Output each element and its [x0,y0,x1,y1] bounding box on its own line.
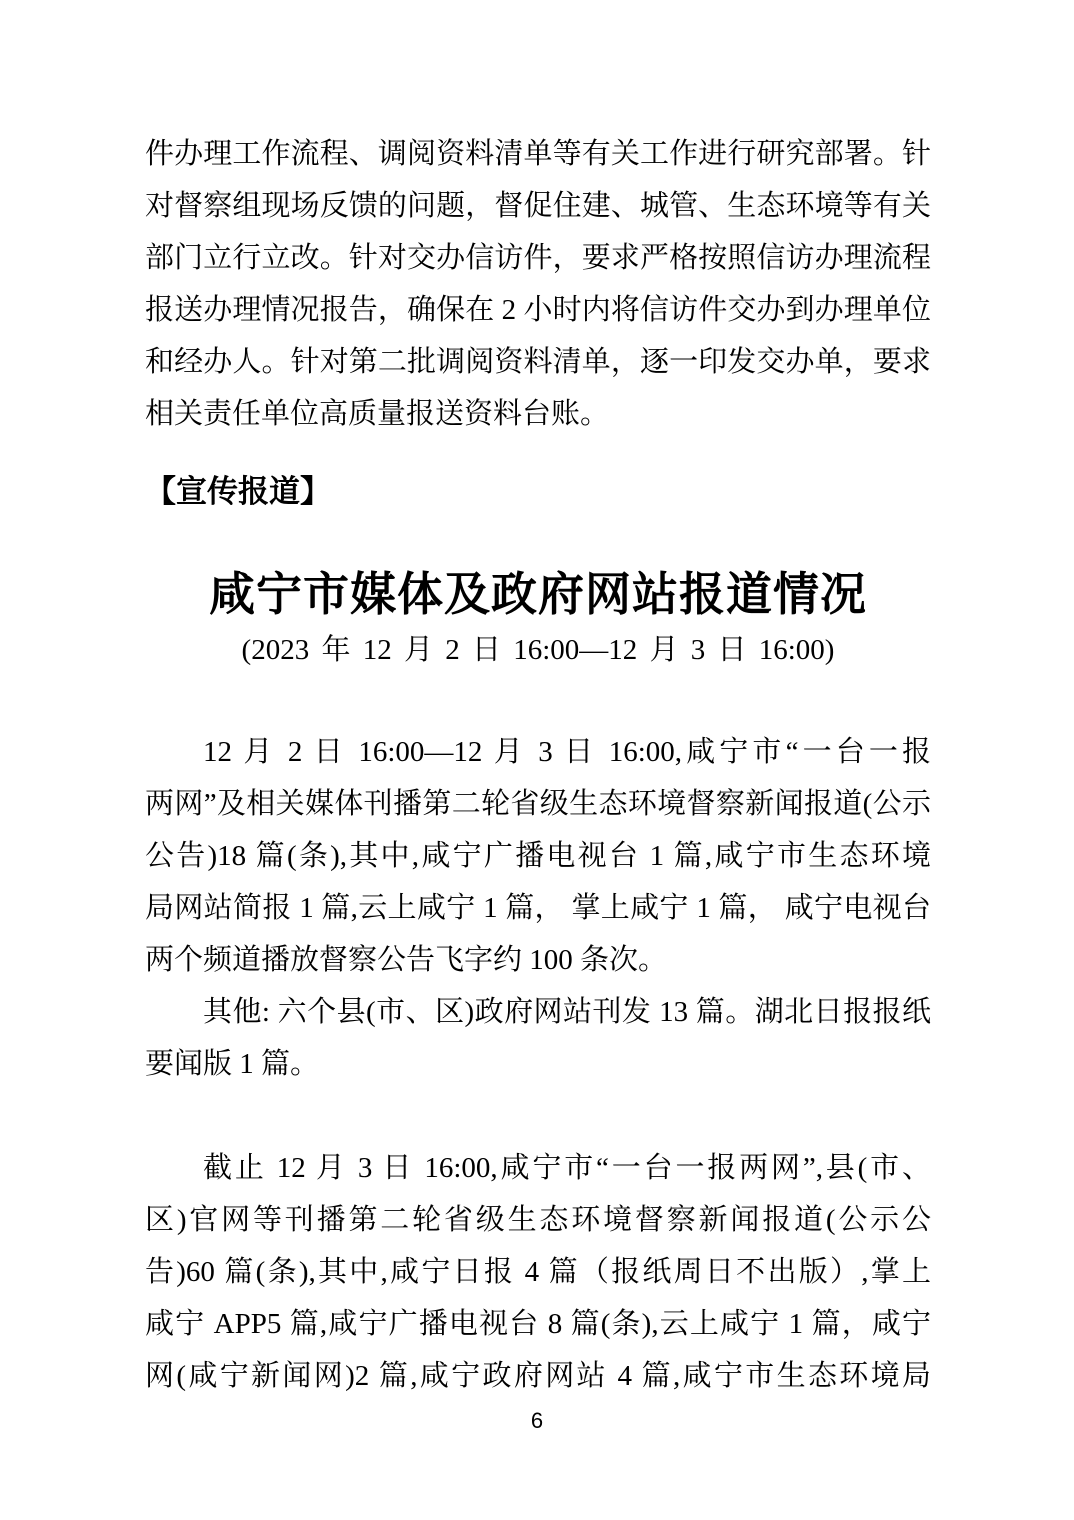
paragraph: 件办理工作流程、调阅资料清单等有关工作进行研究部署。针对督察组现场反馈的问题，督… [145,128,931,440]
text-line: 两网”及相关媒体刊播第二轮省级生态环境督察新闻报道(公示 [145,778,931,830]
text-line: 要闻版 1 篇。 [145,1038,931,1090]
text-line: 12 月 2 日 16:00—12 月 3 日 16:00,咸宁市“一台一报 [145,726,931,778]
continuation-paragraph: 件办理工作流程、调阅资料清单等有关工作进行研究部署。针对督察组现场反馈的问题，督… [145,128,931,440]
text-line: 对督察组现场反馈的问题，督促住建、城管、生态环境等有关 [145,180,931,232]
text-line: 两个频道播放督察公告飞字约 100 条次。 [145,934,931,986]
section-header: 【宣传报道】 [145,466,931,518]
text-line: 相关责任单位高质量报送资料台账。 [145,388,931,440]
text-line: 局网站简报 1 篇,云上咸宁 1 篇， 掌上咸宁 1 篇， 咸宁电视台 [145,882,931,934]
paragraph: 其他: 六个县(市、区)政府网站刊发 13 篇。湖北日报报纸要闻版 1 篇。 [145,986,931,1090]
article-title: 咸宁市媒体及政府网站报道情况 [145,564,931,626]
text-line: 告)60 篇(条),其中,咸宁日报 4 篇（报纸周日不出版）,掌上 [145,1246,931,1298]
text-line: 其他: 六个县(市、区)政府网站刊发 13 篇。湖北日报报纸 [145,986,931,1038]
paragraph: 截止 12 月 3 日 16:00,咸宁市“一台一报两网”,县(市、区)官网等刊… [145,1142,931,1402]
text-line: 公告)18 篇(条),其中,咸宁广播电视台 1 篇,咸宁市生态环境 [145,830,931,882]
text-line: 和经办人。针对第二批调阅资料清单，逐一印发交办单，要求 [145,336,931,388]
document-page: 件办理工作流程、调阅资料清单等有关工作进行研究部署。针对督察组现场反馈的问题，督… [0,0,1074,1520]
text-line: 报送办理情况报告，确保在 2 小时内将信访件交办到办理单位 [145,284,931,336]
page-number: 6 [0,1406,1074,1436]
text-line: 咸宁 APP5 篇,咸宁广播电视台 8 篇(条),云上咸宁 1 篇，咸宁 [145,1298,931,1350]
article-date-range: (2023 年 12 月 2 日 16:00—12 月 3 日 16:00) [145,628,931,672]
text-line: 部门立行立改。针对交办信访件，要求严格按照信访办理流程 [145,232,931,284]
text-line: 件办理工作流程、调阅资料清单等有关工作进行研究部署。针 [145,128,931,180]
text-line: 区)官网等刊播第二轮省级生态环境督察新闻报道(公示公 [145,1194,931,1246]
article-paragraphs: 12 月 2 日 16:00—12 月 3 日 16:00,咸宁市“一台一报两网… [145,726,931,1402]
text-line: 截止 12 月 3 日 16:00,咸宁市“一台一报两网”,县(市、 [145,1142,931,1194]
text-line: 网(咸宁新闻网)2 篇,咸宁政府网站 4 篇,咸宁市生态环境局 [145,1350,931,1402]
paragraph: 12 月 2 日 16:00—12 月 3 日 16:00,咸宁市“一台一报两网… [145,726,931,986]
page-content: 件办理工作流程、调阅资料清单等有关工作进行研究部署。针对督察组现场反馈的问题，督… [145,128,931,1402]
